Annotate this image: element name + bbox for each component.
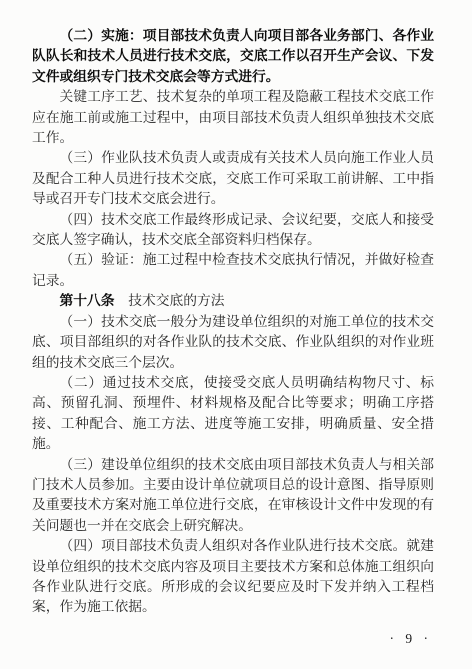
text-line: 组的技术交底三个层次。 (32, 353, 434, 373)
text-line: （二）通过技术交底，使接受交底人员明确结构物尺寸、标 (32, 373, 434, 393)
text-line: 关问题也一并在交底会上研究解决。 (32, 516, 434, 536)
text-line: 应在施工前或施工过程中，由项目部技术负责人组织单独技术交底 (32, 108, 434, 128)
text-line: 高、预留孔洞、预埋件、材料规格及配合比等要求；明确工序搭 (32, 393, 434, 413)
text-line: 施。 (32, 434, 434, 454)
text-line: 工作。 (32, 128, 434, 148)
text-line: （一）技术交底一般分为建设单位组织的对施工单位的技术交 (32, 312, 434, 332)
text-line: （五）验证：施工过程中检查技术交底执行情况，并做好检查 (32, 250, 434, 270)
page-number: · 9 · (390, 631, 433, 647)
text-line: 文件或组织专门技术交底会等方式进行。 (32, 67, 434, 87)
article-number: 第十八条 (60, 293, 115, 308)
text-line: 各作业队进行交底。所形成的会议纪要应及时下发并纳入工程档 (32, 577, 434, 597)
article-heading-line: 第十八条技术交底的方法 (32, 291, 434, 311)
text-line: 队队长和技术人员进行技术交底，交底工作以召开生产会议、下发 (32, 46, 434, 66)
text-line: 底、项目部组织的对各作业队的技术交底、作业队组织的对作业班 (32, 332, 434, 352)
text-line: （四）项目部技术负责人组织对各作业队进行技术交底。就建 (32, 536, 434, 556)
text-line: （三）作业队技术负责人或责成有关技术人员向施工作业人员 (32, 148, 434, 168)
text-line: （三）建设单位组织的技术交底由项目部技术负责人与相关部 (32, 455, 434, 475)
text-line: 交底人签字确认，技术交底全部资料归档保存。 (32, 230, 434, 250)
text-line: 关键工序工艺、技术复杂的单项工程及隐蔽工程技术交底工作 (32, 87, 434, 107)
text-line: 及配合工种人员进行技术交底，交底工作可采取工前讲解、工中指 (32, 169, 434, 189)
article-title: 技术交底的方法 (128, 293, 224, 308)
text-line: 接、工种配合、施工方法、进度等施工安排，明确质量、安全措 (32, 414, 434, 434)
text-line: 设单位组织的技术交底内容及项目主要技术方案和总体施工组织向 (32, 557, 434, 577)
text-line: （二）实施：项目部技术负责人向项目部各业务部门、各作业 (32, 26, 434, 46)
text-line: 导或召开专门技术交底会进行。 (32, 189, 434, 209)
text-line: 记录。 (32, 271, 434, 291)
document-page: （二）实施：项目部技术负责人向项目部各业务部门、各作业 队队长和技术人员进行技术… (0, 0, 472, 669)
text-line: 及重要技术方案对施工单位进行交底，在审核设计文件中发现的有 (32, 495, 434, 515)
document-body: （二）实施：项目部技术负责人向项目部各业务部门、各作业 队队长和技术人员进行技术… (32, 26, 434, 618)
text-line: （四）技术交底工作最终形成记录、会议纪要，交底人和接受 (32, 210, 434, 230)
text-line: 门技术人员参加。主要由设计单位就项目总的设计意图、指导原则 (32, 475, 434, 495)
text-line: 案，作为施工依据。 (32, 597, 434, 617)
